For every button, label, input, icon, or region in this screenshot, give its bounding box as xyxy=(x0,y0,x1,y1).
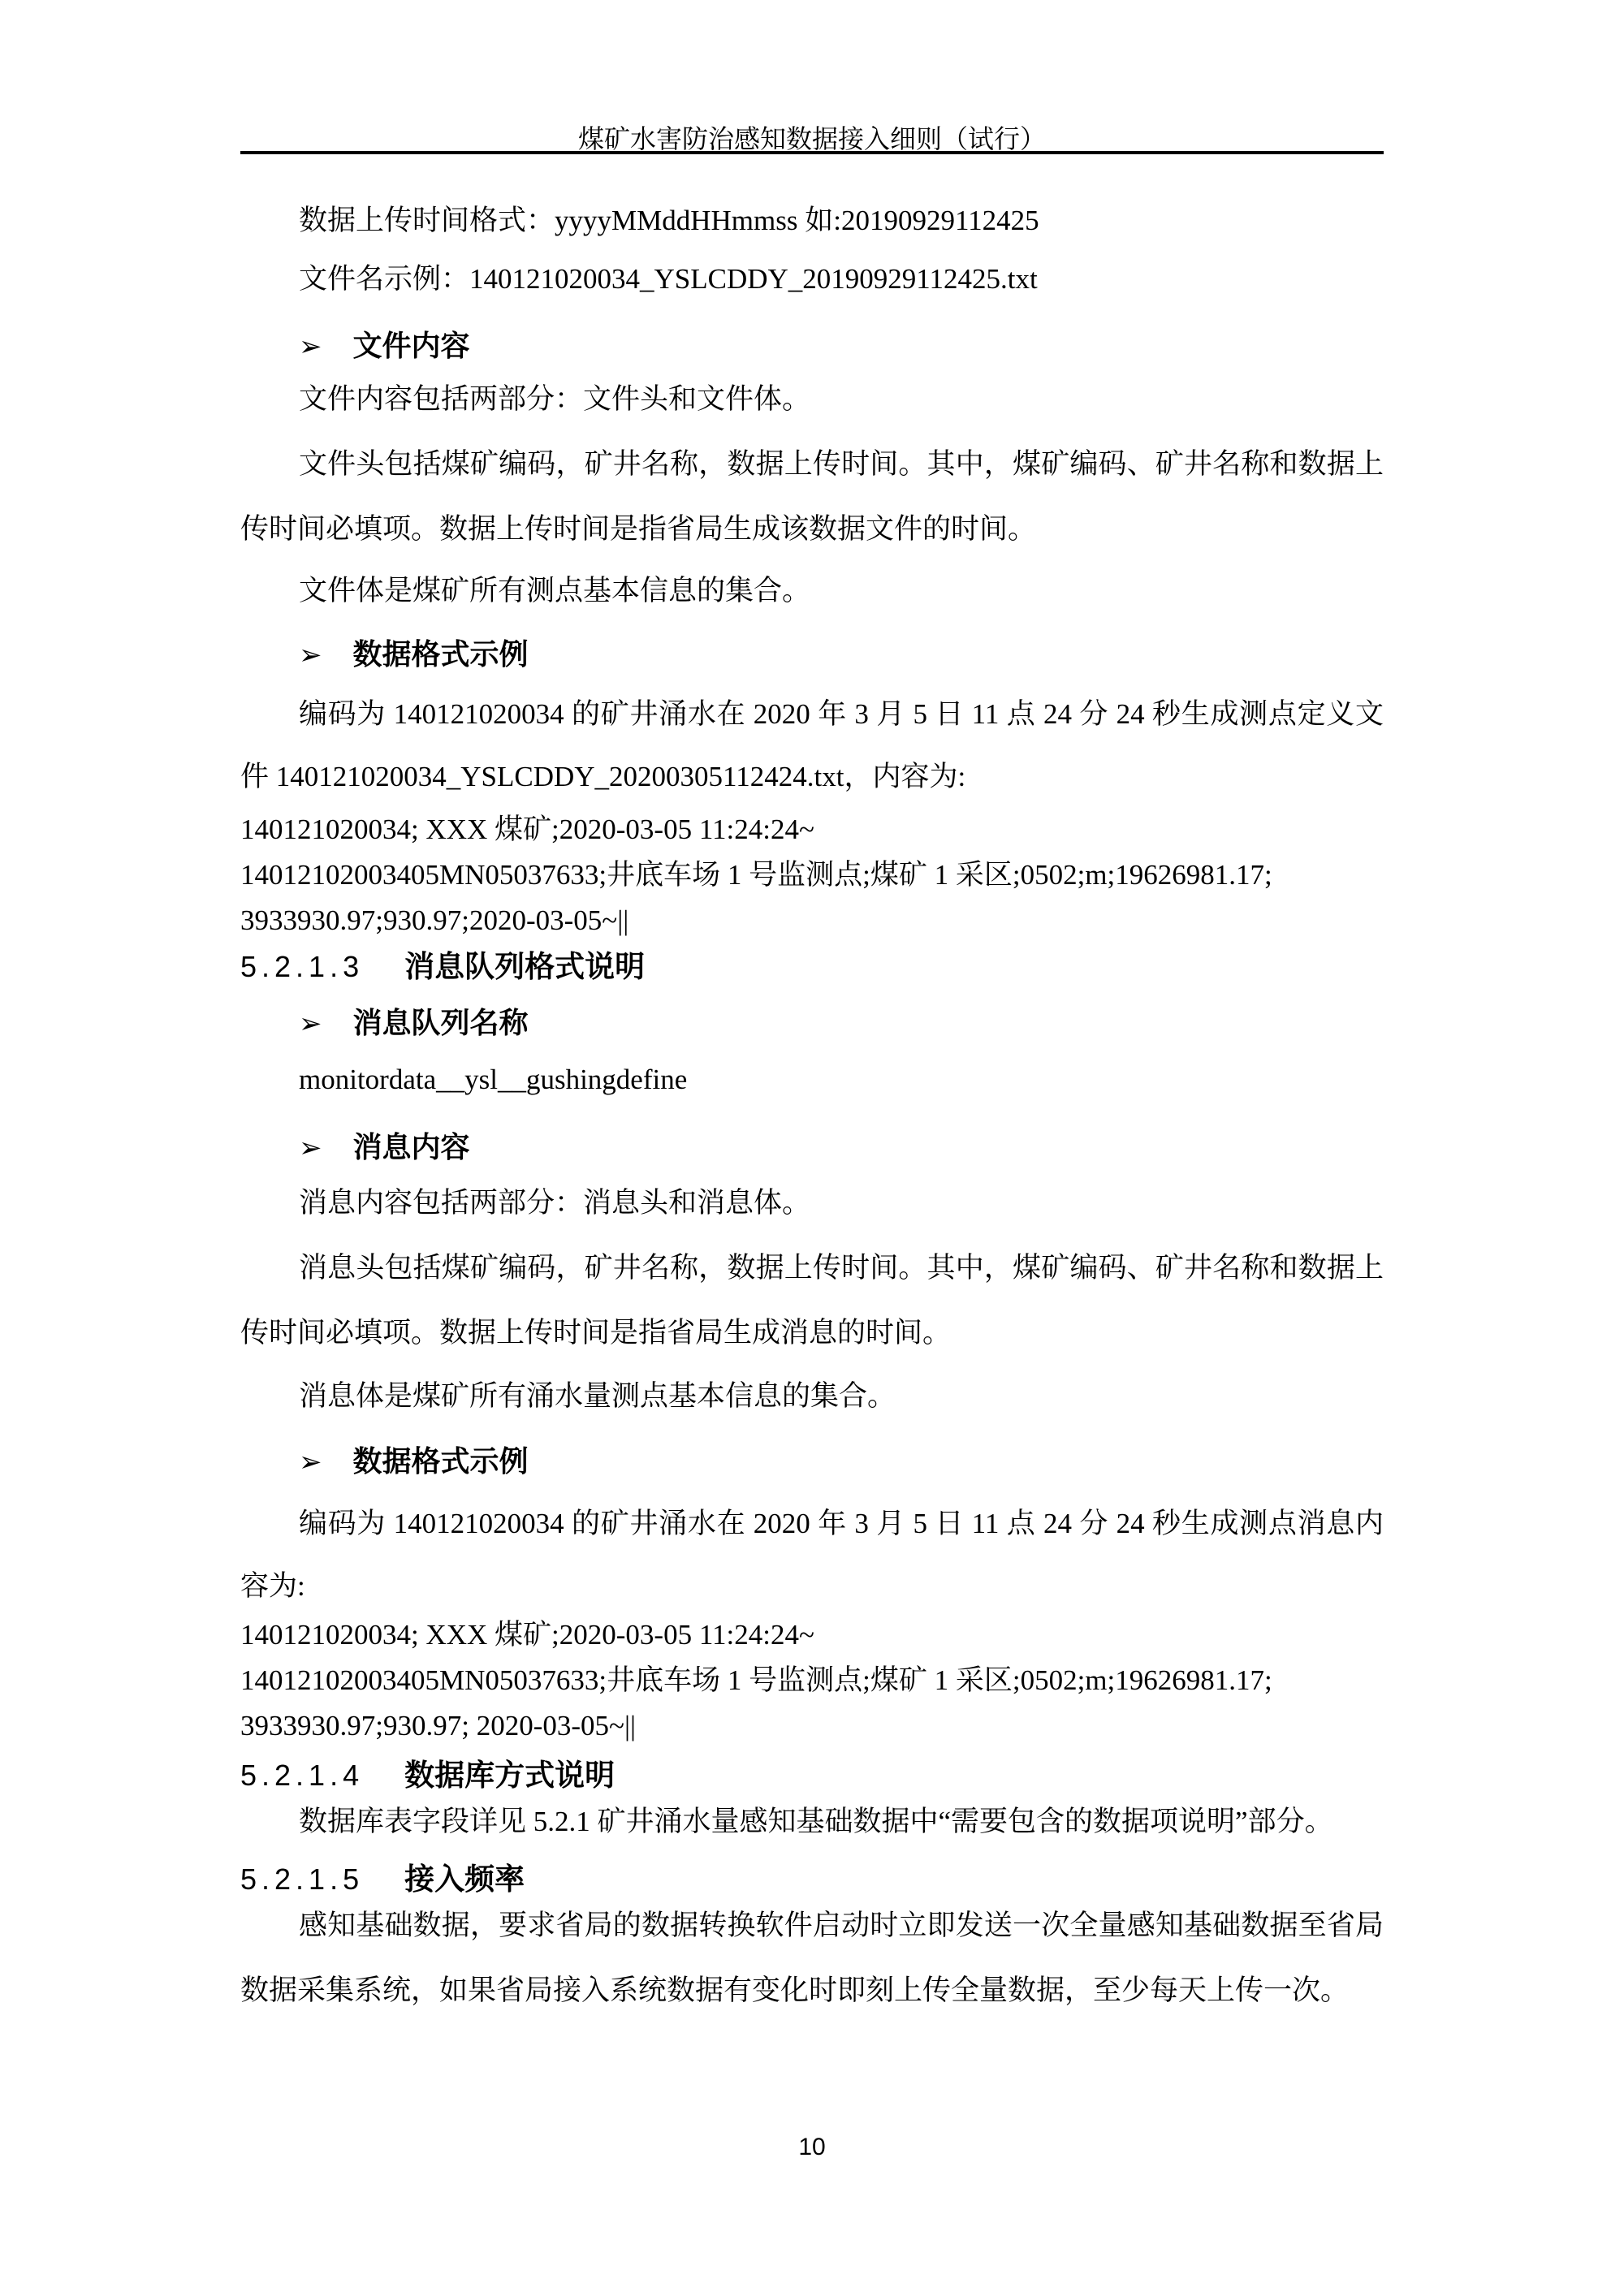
header-rule xyxy=(240,151,1384,154)
data-example-line: 140121020034; XXX 煤矿;2020-03-05 11:24:24… xyxy=(240,812,1384,848)
arrow-bullet-icon: ➢ xyxy=(299,330,322,363)
paragraph-line: 消息头包括煤矿编码，矿井名称，数据上传时间。其中，煤矿编码、矿井名称和数据上 xyxy=(240,1250,1384,1286)
bullet-heading: ➢消息队列名称 xyxy=(299,1000,529,1042)
section-number: 5.2.1.3 xyxy=(240,950,364,983)
section-heading: 5.2.1.5接入频率 xyxy=(240,1854,525,1898)
bullet-heading-label: 消息内容 xyxy=(353,1130,470,1163)
paragraph-line: 编码为 140121020034 的矿井涌水在 2020 年 3 月 5 日 1… xyxy=(240,1506,1384,1542)
paragraph-line: 文件头包括煤矿编码，矿井名称，数据上传时间。其中，煤矿编码、矿井名称和数据上 xyxy=(240,447,1384,482)
section-heading: 5.2.1.4数据库方式说明 xyxy=(240,1750,615,1794)
data-example-line: 140121020034; XXX 煤矿;2020-03-05 11:24:24… xyxy=(240,1617,1384,1653)
paragraph-line: 传时间必填项。数据上传时间是指省局生成消息的时间。 xyxy=(240,1315,1384,1351)
paragraph-line: 数据库表字段详见 5.2.1 矿井涌水量感知基础数据中“需要包含的数据项说明”部… xyxy=(240,1804,1384,1840)
paragraph-line: 容为: xyxy=(240,1569,1384,1604)
paragraph-line: 文件体是煤矿所有测点基本信息的集合。 xyxy=(240,573,1384,609)
paragraph-line: 文件名示例：140121020034_YSLCDDY_2019092911242… xyxy=(240,261,1384,297)
paragraph-line: 文件内容包括两部分：文件头和文件体。 xyxy=(240,382,1384,417)
section-number: 5.2.1.5 xyxy=(240,1862,364,1896)
section-heading: 5.2.1.3消息队列格式说明 xyxy=(240,942,645,986)
section-title: 接入频率 xyxy=(404,1862,525,1896)
paragraph-line: 消息体是煤矿所有涌水量测点基本信息的集合。 xyxy=(240,1379,1384,1414)
page-number: 10 xyxy=(240,2134,1384,2161)
paragraph-line: 编码为 140121020034 的矿井涌水在 2020 年 3 月 5 日 1… xyxy=(240,697,1384,732)
data-example-line: 3933930.97;930.97; 2020-03-05~|| xyxy=(240,1708,1384,1744)
bullet-heading: ➢文件内容 xyxy=(299,323,470,365)
arrow-bullet-icon: ➢ xyxy=(299,1132,322,1164)
data-example-line: 3933930.97;930.97;2020-03-05~|| xyxy=(240,903,1384,939)
section-title: 数据库方式说明 xyxy=(404,1759,615,1792)
bullet-heading-label: 文件内容 xyxy=(353,329,470,362)
paragraph-line: 感知基础数据，要求省局的数据转换软件启动时立即发送一次全量感知基础数据至省局 xyxy=(240,1908,1384,1944)
data-example-line: 14012102003405MN05037633;井底车场 1 号监测点;煤矿 … xyxy=(240,857,1384,893)
paragraph-line: 数据上传时间格式：yyyyMMddHHmmss 如:20190929112425 xyxy=(240,203,1384,239)
paragraph-line: 消息内容包括两部分：消息头和消息体。 xyxy=(240,1185,1384,1221)
arrow-bullet-icon: ➢ xyxy=(299,1446,322,1478)
bullet-heading: ➢消息内容 xyxy=(299,1124,470,1166)
arrow-bullet-icon: ➢ xyxy=(299,1008,322,1040)
bullet-heading-label: 数据格式示例 xyxy=(353,1444,529,1478)
paragraph-line: 数据采集系统，如果省局接入系统数据有变化时即刻上传全量数据，至少每天上传一次。 xyxy=(240,1973,1384,2009)
bullet-heading: ➢数据格式示例 xyxy=(299,632,529,673)
bullet-heading-label: 数据格式示例 xyxy=(353,637,529,671)
document-page: 煤矿水害防治感知数据接入细则（试行） 数据上传时间格式：yyyyMMddHHmm… xyxy=(0,0,1624,2296)
paragraph-line: 传时间必填项。数据上传时间是指省局生成该数据文件的时间。 xyxy=(240,511,1384,547)
bullet-heading: ➢数据格式示例 xyxy=(299,1439,529,1480)
queue-name-line: monitordata__ysl__gushingdefine xyxy=(299,1062,1384,1098)
arrow-bullet-icon: ➢ xyxy=(299,639,322,671)
section-title: 消息队列格式说明 xyxy=(404,950,645,983)
section-number: 5.2.1.4 xyxy=(240,1759,364,1792)
paragraph-line: 件 140121020034_YSLCDDY_20200305112424.tx… xyxy=(240,759,1384,795)
bullet-heading-label: 消息队列名称 xyxy=(353,1006,529,1039)
data-example-line: 14012102003405MN05037633;井底车场 1 号监测点;煤矿 … xyxy=(240,1663,1384,1698)
